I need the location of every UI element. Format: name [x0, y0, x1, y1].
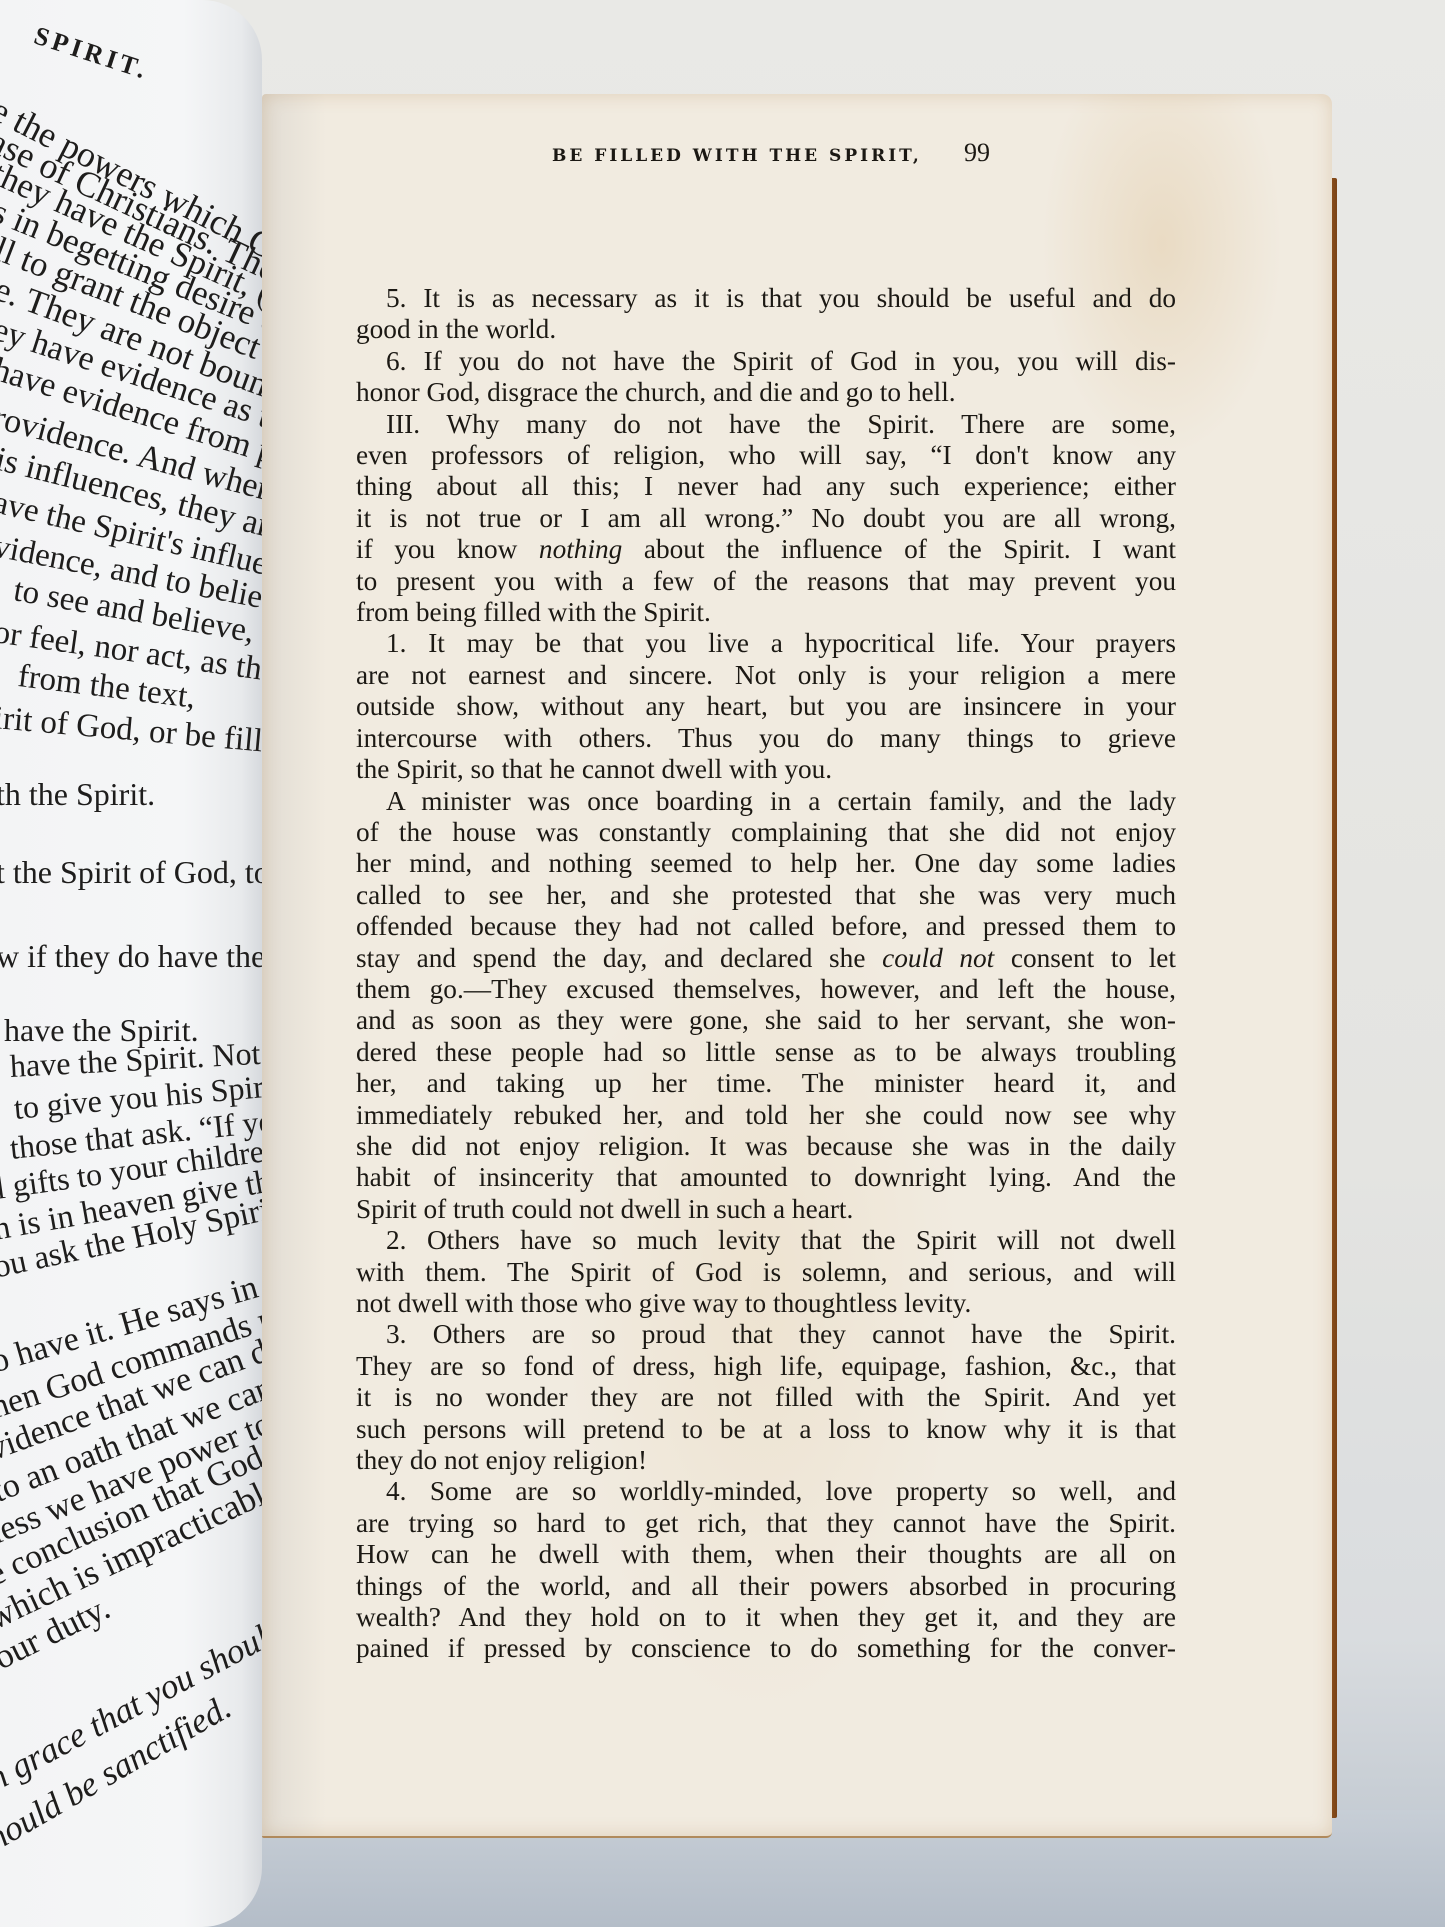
text-line: pained if pressed by conscience to do so…: [356, 1633, 1176, 1664]
text-line: it is not true or I am all wrong.” No do…: [356, 503, 1176, 534]
page-number: 99: [964, 138, 990, 168]
text-line: with them. The Spirit of God is solemn, …: [356, 1257, 1176, 1288]
text-line: called to see her, and she protested tha…: [356, 880, 1176, 911]
text-line: Spirit of truth could not dwell in such …: [356, 1194, 1176, 1225]
text-line: the Spirit, so that he cannot dwell with…: [356, 754, 1176, 785]
text-line: They are so fond of dress, high life, eq…: [356, 1351, 1176, 1382]
text-line: she did not enjoy religion. It was becau…: [356, 1131, 1176, 1162]
text-line: to present you with a few of the reasons…: [356, 566, 1176, 597]
text-line: outside show, without any heart, but you…: [356, 691, 1176, 722]
text-line: 5. It is as necessary as it is that you …: [356, 283, 1176, 314]
text-line: even professors of religion, who will sa…: [356, 440, 1176, 471]
text-line: immediately rebuked her, and told her sh…: [356, 1100, 1176, 1131]
text-line: A minister was once boarding in a certai…: [356, 786, 1176, 817]
text-line: her mind, and nothing seemed to help her…: [356, 848, 1176, 879]
text-line: 6. If you do not have the Spirit of God …: [356, 346, 1176, 377]
left-page: SPIRIT. e the powers which Go ase of Chr…: [0, 0, 262, 1927]
running-head: BE FILLED WITH THE SPIRIT, 99: [290, 138, 990, 168]
italic-emphasis: nothing: [539, 534, 622, 564]
text-line: them go.—They excused themselves, howeve…: [356, 974, 1176, 1005]
left-text-line: irit of God, or be filled: [0, 700, 262, 763]
left-text-line: t the Spirit of God, to: [0, 854, 262, 891]
text-line: it is no wonder they are not filled with…: [356, 1382, 1176, 1413]
left-text-line: th the Spirit.: [0, 776, 155, 813]
left-text-line: w if they do have the: [0, 938, 262, 975]
text-line: 1. It may be that you live a hypocritica…: [356, 628, 1176, 659]
text-line: habit of insincerity that amounted to do…: [356, 1162, 1176, 1193]
text-line: her, and taking up her time. The ministe…: [356, 1068, 1176, 1099]
page-body-text: 5. It is as necessary as it is that you …: [356, 283, 1176, 1665]
text-line: honor God, disgrace the church, and die …: [356, 377, 1176, 408]
text-line: dered these people had so little sense a…: [356, 1037, 1176, 1068]
text-line: not dwell with those who give way to tho…: [356, 1288, 1176, 1319]
text-line-with-italic: if you know nothing about the influence …: [356, 534, 1176, 565]
text-line: good in the world.: [356, 314, 1176, 345]
text-line: 4. Some are so worldly-minded, love prop…: [356, 1476, 1176, 1507]
text-line: they do not enjoy religion!: [356, 1445, 1176, 1476]
italic-emphasis: could not: [882, 943, 994, 973]
text-line: are not earnest and sincere. Not only is…: [356, 660, 1176, 691]
text-line: How can he dwell with them, when their t…: [356, 1539, 1176, 1570]
text-line: intercourse with others. Thus you do man…: [356, 723, 1176, 754]
text-line: are trying so hard to get rich, that the…: [356, 1508, 1176, 1539]
text-line: of the house was constantly complaining …: [356, 817, 1176, 848]
text-line: offended because they had not called bef…: [356, 911, 1176, 942]
text-line: 2. Others have so much levity that the S…: [356, 1225, 1176, 1256]
text-line: and as soon as they were gone, she said …: [356, 1005, 1176, 1036]
text-line: things of the world, and all their power…: [356, 1571, 1176, 1602]
running-title: BE FILLED WITH THE SPIRIT,: [552, 146, 922, 166]
text-line: wealth? And they hold on to it when they…: [356, 1602, 1176, 1633]
text-line-with-italic: stay and spend the day, and declared she…: [356, 943, 1176, 974]
text-line: such persons will pretend to be at a los…: [356, 1414, 1176, 1445]
left-running-head: SPIRIT.: [30, 21, 153, 86]
text-line: thing about all this; I never had any su…: [356, 471, 1176, 502]
text-line: III. Why many do not have the Spirit. Th…: [356, 409, 1176, 440]
text-line: 3. Others are so proud that they cannot …: [356, 1319, 1176, 1350]
text-line: from being filled with the Spirit.: [356, 597, 1176, 628]
